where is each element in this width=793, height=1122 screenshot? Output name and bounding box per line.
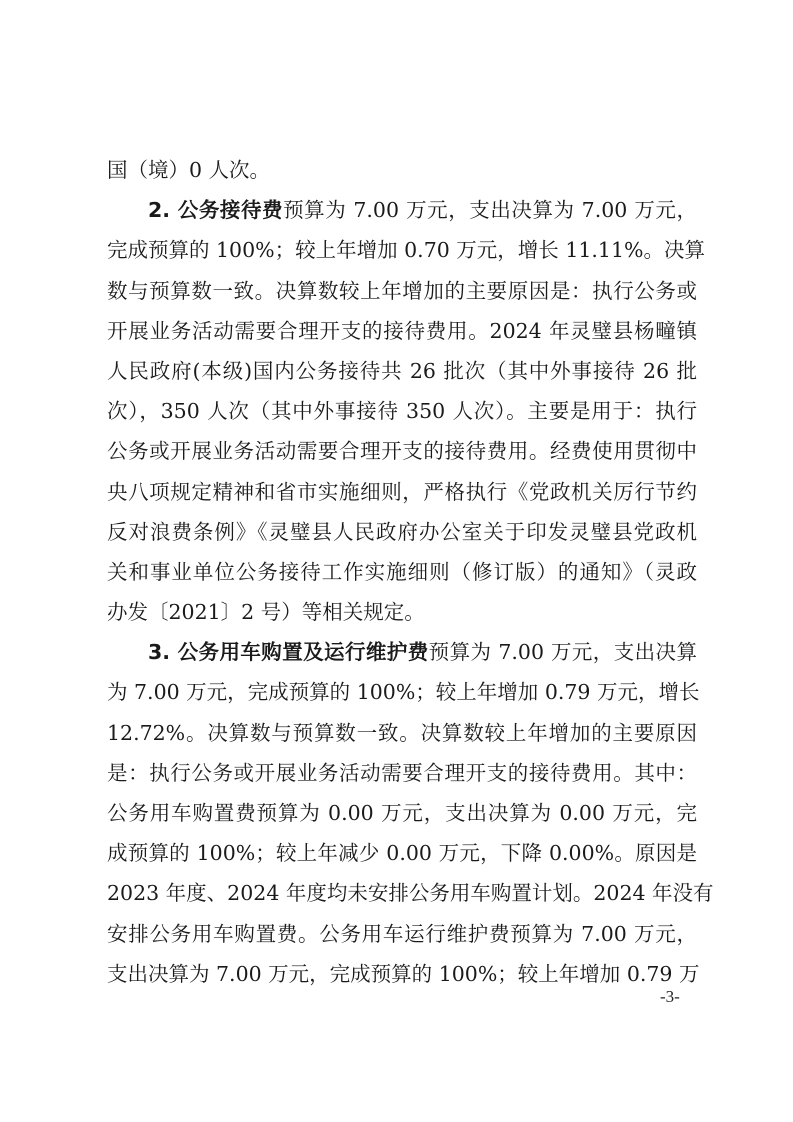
page-number: -3-: [660, 987, 680, 1007]
text-line: 支出决算为 7.00 万元，完成预算的 100%；较上年增加 0.79 万: [107, 954, 697, 994]
text-line: 为 7.00 万元，完成预算的 100%；较上年增加 0.79 万元，增长: [107, 672, 697, 712]
text-line: 12.72%。决算数与预算数一致。决算数较上年增加的主要原因: [107, 713, 697, 753]
text-span: 预算为 7.00 万元，支出决算为 7.00 万元，: [283, 198, 697, 222]
text-line: 公务或开展业务活动需要合理开支的接待费用。经费使用贯彻中: [107, 431, 697, 471]
text-line: 完成预算的 100%；较上年增加 0.70 万元，增长 11.11%。决算: [107, 230, 697, 270]
section-heading-line: 2. 公务接待费预算为 7.00 万元，支出决算为 7.00 万元，: [107, 190, 697, 230]
text-line: 关和事业单位公务接待工作实施细则（修订版）的通知》（灵政: [107, 552, 697, 592]
text-line: 是：执行公务或开展业务活动需要合理开支的接待费用。其中：: [107, 753, 697, 793]
text-line: 成预算的 100%；较上年减少 0.00 万元，下降 0.00%。原因是: [107, 833, 697, 873]
text-line: 开展业务活动需要合理开支的接待费用。2024 年灵璧县杨疃镇: [107, 311, 697, 351]
text-line: 人民政府(本级)国内公务接待共 26 批次（其中外事接待 26 批: [107, 351, 697, 391]
text-span: 预算为 7.00 万元，支出决算: [429, 640, 697, 664]
text-line: 数与预算数一致。决算数较上年增加的主要原因是：执行公务或: [107, 271, 697, 311]
text-line: 次），350 人次（其中外事接待 350 人次）。主要是用于：执行: [107, 391, 697, 431]
document-page: 国（境）0 人次。 2. 公务接待费预算为 7.00 万元，支出决算为 7.00…: [107, 150, 697, 994]
section-heading-vehicle-fee: 3. 公务用车购置及运行维护费: [148, 640, 429, 664]
text-line: 央八项规定精神和省市实施细则，严格执行《党政机关厉行节约: [107, 472, 697, 512]
text-line: 安排公务用车购置费。公务用车运行维护费预算为 7.00 万元，: [107, 914, 697, 954]
section-heading-line: 3. 公务用车购置及运行维护费预算为 7.00 万元，支出决算: [107, 632, 697, 672]
text-line: 2023 年度、2024 年度均未安排公务用车购置计划。2024 年没有: [107, 873, 697, 913]
text-line: 公务用车购置费预算为 0.00 万元，支出决算为 0.00 万元，完: [107, 793, 697, 833]
text-line: 办发〔2021〕2 号）等相关规定。: [107, 592, 697, 632]
text-line: 国（境）0 人次。: [107, 150, 697, 190]
text-line: 反对浪费条例》《灵璧县人民政府办公室关于印发灵璧县党政机: [107, 512, 697, 552]
section-heading-reception-fee: 2. 公务接待费: [148, 198, 283, 222]
